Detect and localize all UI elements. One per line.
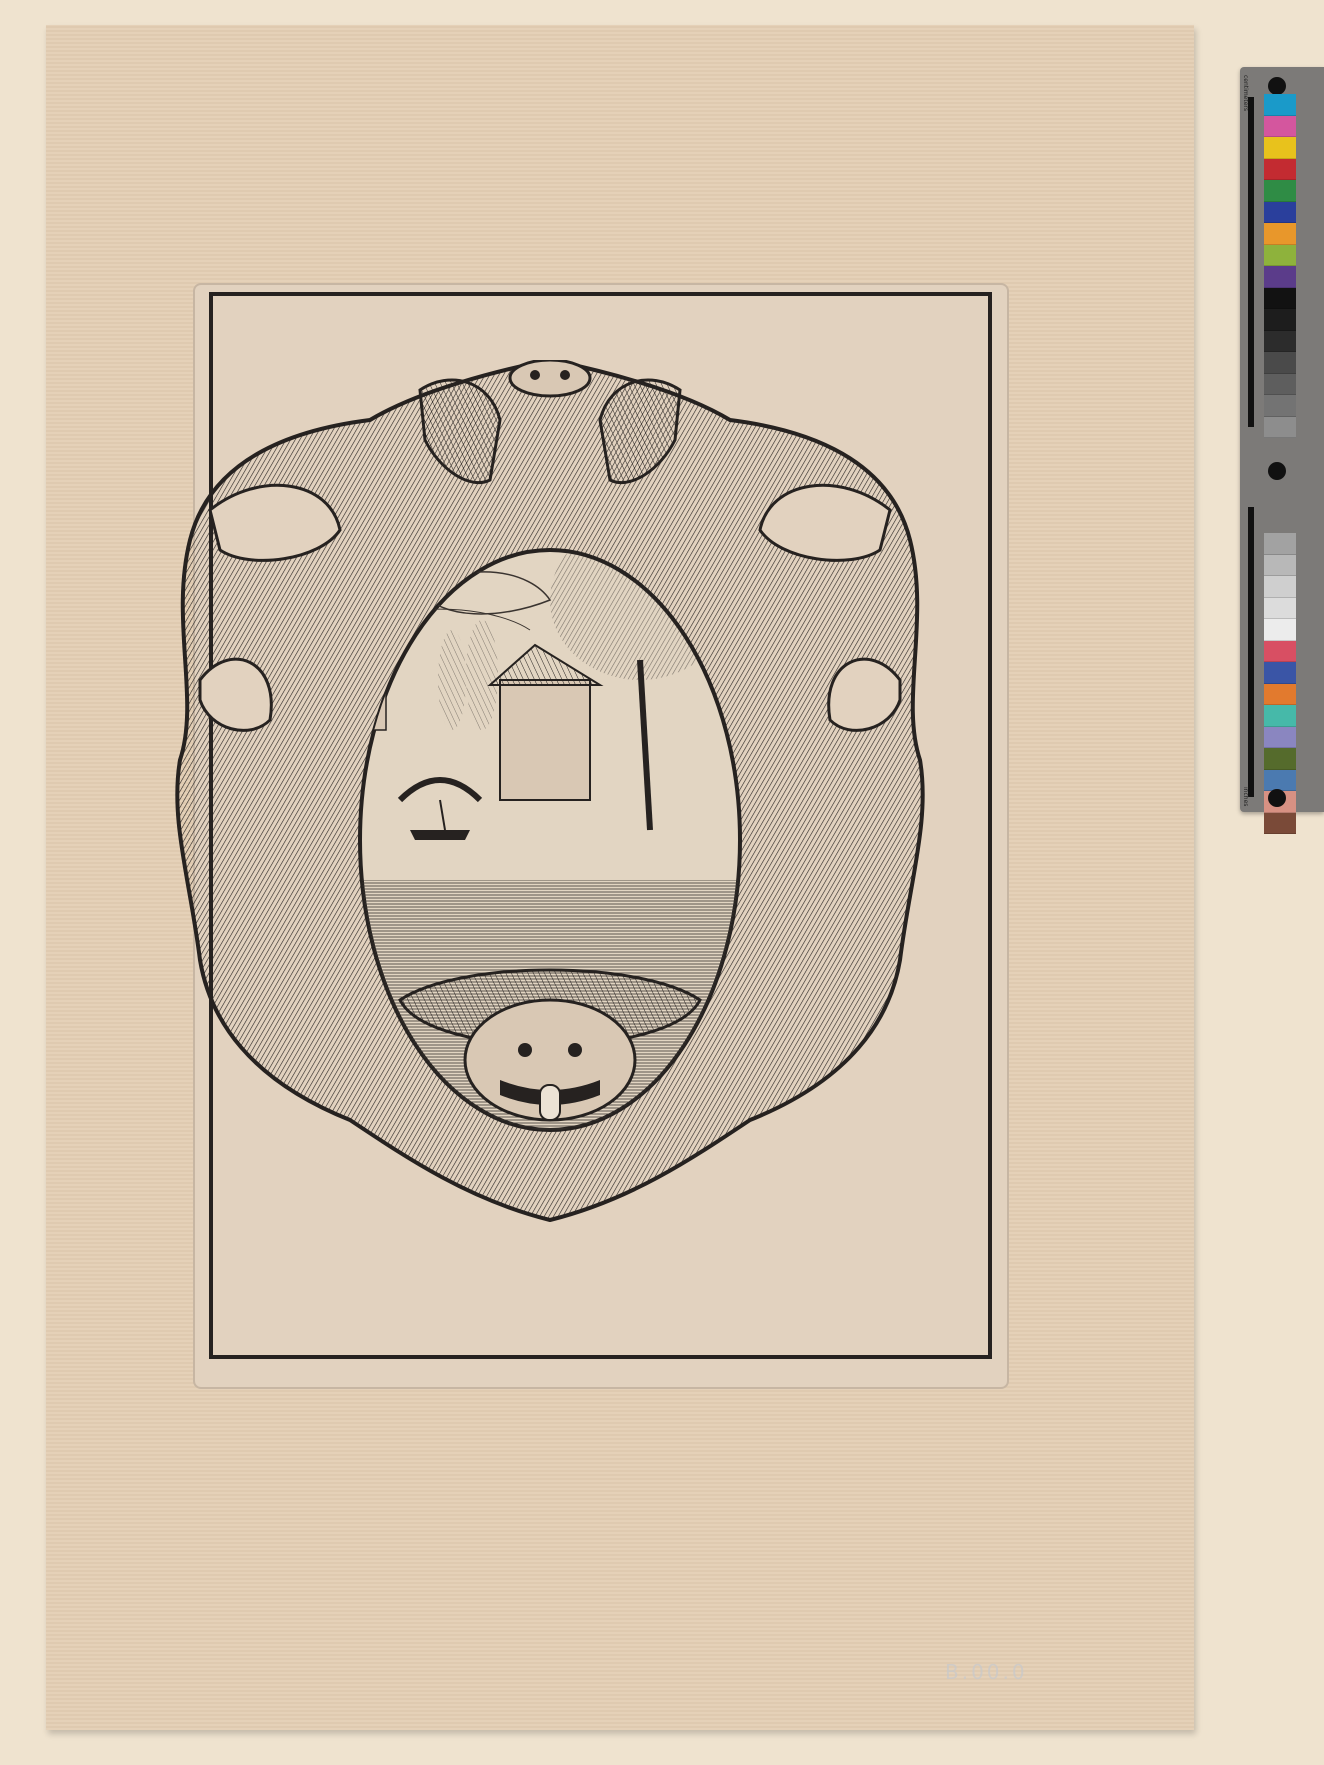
color-patch [1264, 533, 1296, 555]
cartouche-engraving [170, 360, 930, 1240]
color-patch [1264, 352, 1296, 374]
mill-house [500, 680, 590, 800]
color-patch [1264, 727, 1296, 749]
color-patch [1264, 94, 1296, 116]
color-patch [1264, 374, 1296, 396]
target-hole-middle [1268, 462, 1286, 480]
color-patch [1264, 245, 1296, 267]
color-patch [1264, 266, 1296, 288]
color-patch [1264, 395, 1296, 417]
color-patch [1264, 555, 1296, 577]
target-hole-bottom [1268, 789, 1286, 807]
color-patch [1264, 202, 1296, 224]
label-centimeters: centimeters [1242, 75, 1249, 111]
ruler-inches [1248, 507, 1254, 797]
collection-stamp: B.00.0 [945, 1660, 1028, 1684]
color-patch [1264, 331, 1296, 353]
color-patch [1264, 598, 1296, 620]
ruler-centimeters [1248, 97, 1254, 427]
color-patch [1264, 684, 1296, 706]
color-patch [1264, 180, 1296, 202]
top-mask [510, 360, 590, 396]
color-patch [1264, 662, 1296, 684]
label-inches: inches [1242, 787, 1249, 806]
mask-tongue [540, 1085, 560, 1120]
color-calibration-target: centimeters inches [1240, 67, 1324, 812]
color-patch [1264, 813, 1296, 835]
color-patch [1264, 288, 1296, 310]
color-patch [1264, 576, 1296, 598]
color-patch [1264, 223, 1296, 245]
color-patch [1264, 770, 1296, 792]
color-patch [1264, 137, 1296, 159]
color-patch [1264, 116, 1296, 138]
color-patch [1264, 641, 1296, 663]
color-patch [1264, 159, 1296, 181]
boat [410, 830, 470, 840]
color-patch [1264, 417, 1296, 439]
color-patch [1264, 705, 1296, 727]
color-patch [1264, 309, 1296, 331]
color-patch [1264, 619, 1296, 641]
target-hole-top [1268, 77, 1286, 95]
color-patch [1264, 748, 1296, 770]
